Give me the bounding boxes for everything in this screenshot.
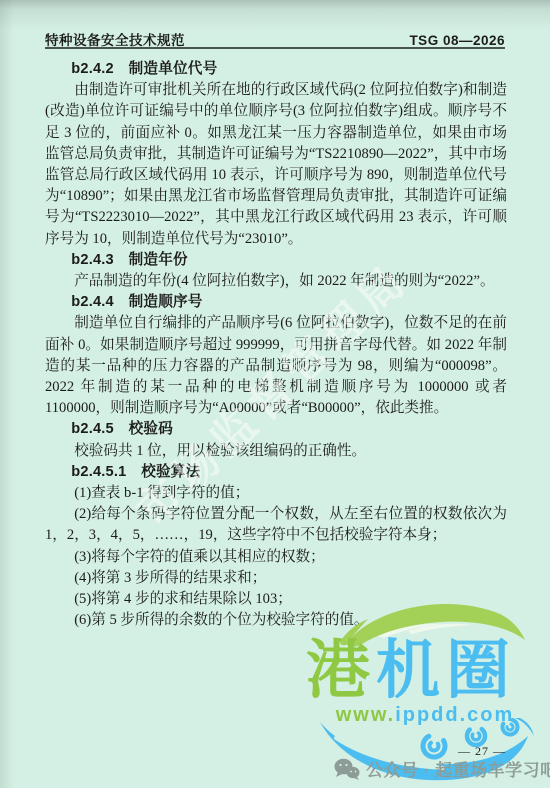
footer-credit-label: 公众号 · 起重场车学习吧 [366, 756, 550, 781]
document-body: b2.4.2 制造单位代号由制造许可审批机关所在地的行政区域代码(2 位阿拉伯数… [45, 59, 507, 631]
section-heading: b2.4.5 校验码 [45, 419, 507, 440]
paragraph: (3)将每个字符的值乘以其相应的权数； [45, 547, 507, 568]
scanned-document-page: { "header": { "title": "特种设备安全技术规范", "co… [0, 0, 550, 788]
section-heading: b2.4.3 制造年份 [45, 250, 507, 271]
paragraph: (1)查表 b-1 得到字符的值； [45, 483, 507, 504]
paragraph: 产品制造的年份(4 位阿拉伯数字)，如 2022 年制造的则为“2022”。 [45, 271, 507, 292]
page-header: 特种设备安全技术规范 TSG 08—2026 [45, 29, 505, 49]
logo-chars-blue: 机圈 [376, 634, 516, 706]
doc-title: 特种设备安全技术规范 [45, 29, 185, 49]
paragraph: 制造单位自行编排的产品顺序号(6 位阿拉伯数字)，位数不足的在前面补 0。如果制… [45, 313, 507, 419]
paragraph: 校验码共 1 位，用以检验该组编码的正确性。 [45, 441, 507, 462]
section-heading: b2.4.4 制造顺序号 [45, 292, 507, 313]
scan-left-shadow [0, 0, 14, 788]
logo-char-green: 港 [306, 634, 376, 706]
section-heading: b2.4.5.1 校验算法 [45, 462, 507, 483]
section-heading: b2.4.2 制造单位代号 [45, 59, 507, 80]
footer-credit: 公众号 · 起重场车学习吧 [334, 756, 550, 781]
doc-code: TSG 08—2026 [409, 33, 505, 48]
paragraph: (2)给每个条码字符位置分配一个权数，从左至右位置的权数依次为 1，2，3，4，… [45, 504, 507, 546]
header-rule [45, 47, 505, 49]
wechat-icon [334, 758, 360, 780]
paragraph: 由制造许可审批机关所在地的行政区域代码(2 位阿拉伯数字)和制造(改造)单位许可… [45, 80, 507, 250]
paragraph: (4)将第 3 步所得的结果求和； [45, 568, 507, 589]
logo-wordmark: 港机圈 [306, 638, 550, 702]
